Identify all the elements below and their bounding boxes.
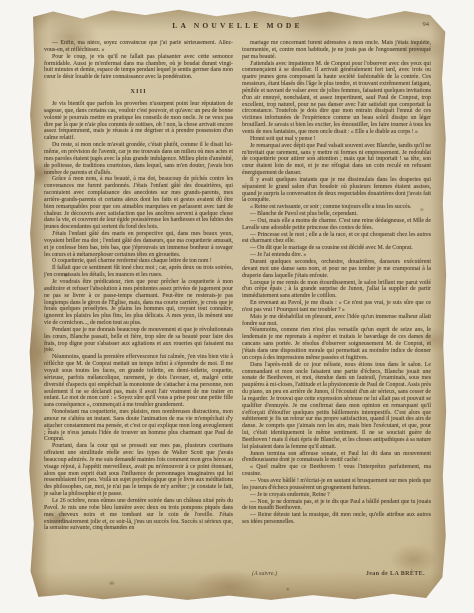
paragraph: Le 26 octobre, nous eûmes une dernière s… [44, 498, 233, 532]
left-column: — Enfin, ma nièce, soyez convaincue que … [44, 40, 233, 558]
paragraph: Pourtant, dans la cour qui se pressait s… [44, 443, 233, 498]
paragraph: — Enfin, ma nièce, soyez convaincue que … [44, 40, 233, 54]
serial-footer: (A suivre.) Jean de LA BRÈTE. [242, 571, 431, 577]
text-columns: — Enfin, ma nièce, soyez convaincue que … [44, 40, 431, 558]
paragraph: Dans l'après-midi de ce jour néfaste, no… [242, 362, 431, 451]
paragraph: Il y avait quelques instants que je me d… [242, 177, 431, 204]
paragraph: — Non, je ne dormais pas, et je te dis q… [242, 499, 431, 513]
paragraph: Du reste, si mon oncle m'avait grondée, … [44, 142, 233, 176]
paragraph: Je remarquai avec dépit que Paul valsait… [242, 143, 431, 177]
paragraph: Pendant que je me donnais beaucoup de mo… [44, 327, 233, 354]
paragraph: Grâce à mon nom, à ma beauté, à ma dot, … [44, 176, 233, 231]
paragraph: — Je te croyais endormie, Reine ? [242, 492, 431, 499]
paragraph: — Reine déteste tant la musique, dit mon… [242, 512, 431, 526]
paragraph: Nonobstant ma coquetterie, mes plaisirs,… [44, 409, 233, 443]
page-title: LA NOUVELLE MODE [44, 21, 431, 30]
paragraph: — Je l'ai entendu dire. » [242, 252, 431, 259]
paragraph: — Vous avez bâillé ! m'écriai-je en saut… [242, 478, 431, 492]
paragraph: Lorsque je me remis de mon étourdissemen… [242, 280, 431, 301]
page-header: LA NOUVELLE MODE 94 [44, 21, 431, 37]
paragraph: J'attendais avec impatience M. de Conpra… [242, 61, 431, 136]
to-be-continued-label: (A suivre.) [242, 571, 277, 577]
scan-background: LA NOUVELLE MODE 94 — Enfin, ma nièce, s… [0, 0, 474, 613]
paragraph: Honni soit qui mal y pense ! [242, 136, 431, 143]
magazine-page: LA NOUVELLE MODE 94 — Enfin, ma nièce, s… [28, 8, 447, 601]
paragraph: Mais je me déshabillai en pleurant, avec… [242, 314, 431, 328]
page-content: LA NOUVELLE MODE 94 — Enfin, ma nièce, s… [28, 8, 447, 601]
paragraph: — Princesse est le mot ; elle a de la ra… [242, 232, 431, 246]
chapter-heading: XIII [44, 88, 233, 95]
paragraph: Je voudrais être prédicateur, rien que p… [44, 279, 233, 327]
paragraph: En revenant au Pavol, je me disais : « C… [242, 300, 431, 314]
paragraph: mariage me concernant furent adressées à… [242, 40, 431, 61]
page-number: 94 [423, 21, 430, 28]
paragraph: J'étais l'enfant gâté des maris en persp… [44, 231, 233, 258]
paragraph: — Oui, mais elle a moins de charme. C'es… [242, 218, 431, 232]
paragraph: Néanmoins, quand la première effervescen… [44, 354, 233, 409]
paragraph: Je vis bientôt que parfois les proverbes… [44, 101, 233, 142]
paragraph: Durant quelques secondes, orchestre, dou… [242, 259, 431, 280]
paragraph: Junon termina son affreuse sonate, et Pa… [242, 451, 431, 465]
paragraph: — Blanche de Pavol est plus belle, cepen… [242, 211, 431, 218]
paragraph: « Quel maître que ce Beethoven ! vous l'… [242, 464, 431, 478]
paragraph: Il fallait que ce sentiment fût inné che… [44, 265, 233, 279]
right-column: mariage me concernant furent adressées à… [242, 40, 431, 558]
author-signature: Jean de LA BRÈTE. [366, 571, 431, 577]
paragraph: Pour le coup, je vis qu'il ne fallait pa… [44, 54, 233, 81]
paragraph: Néanmoins, comme rien n'est plus versati… [242, 327, 431, 361]
